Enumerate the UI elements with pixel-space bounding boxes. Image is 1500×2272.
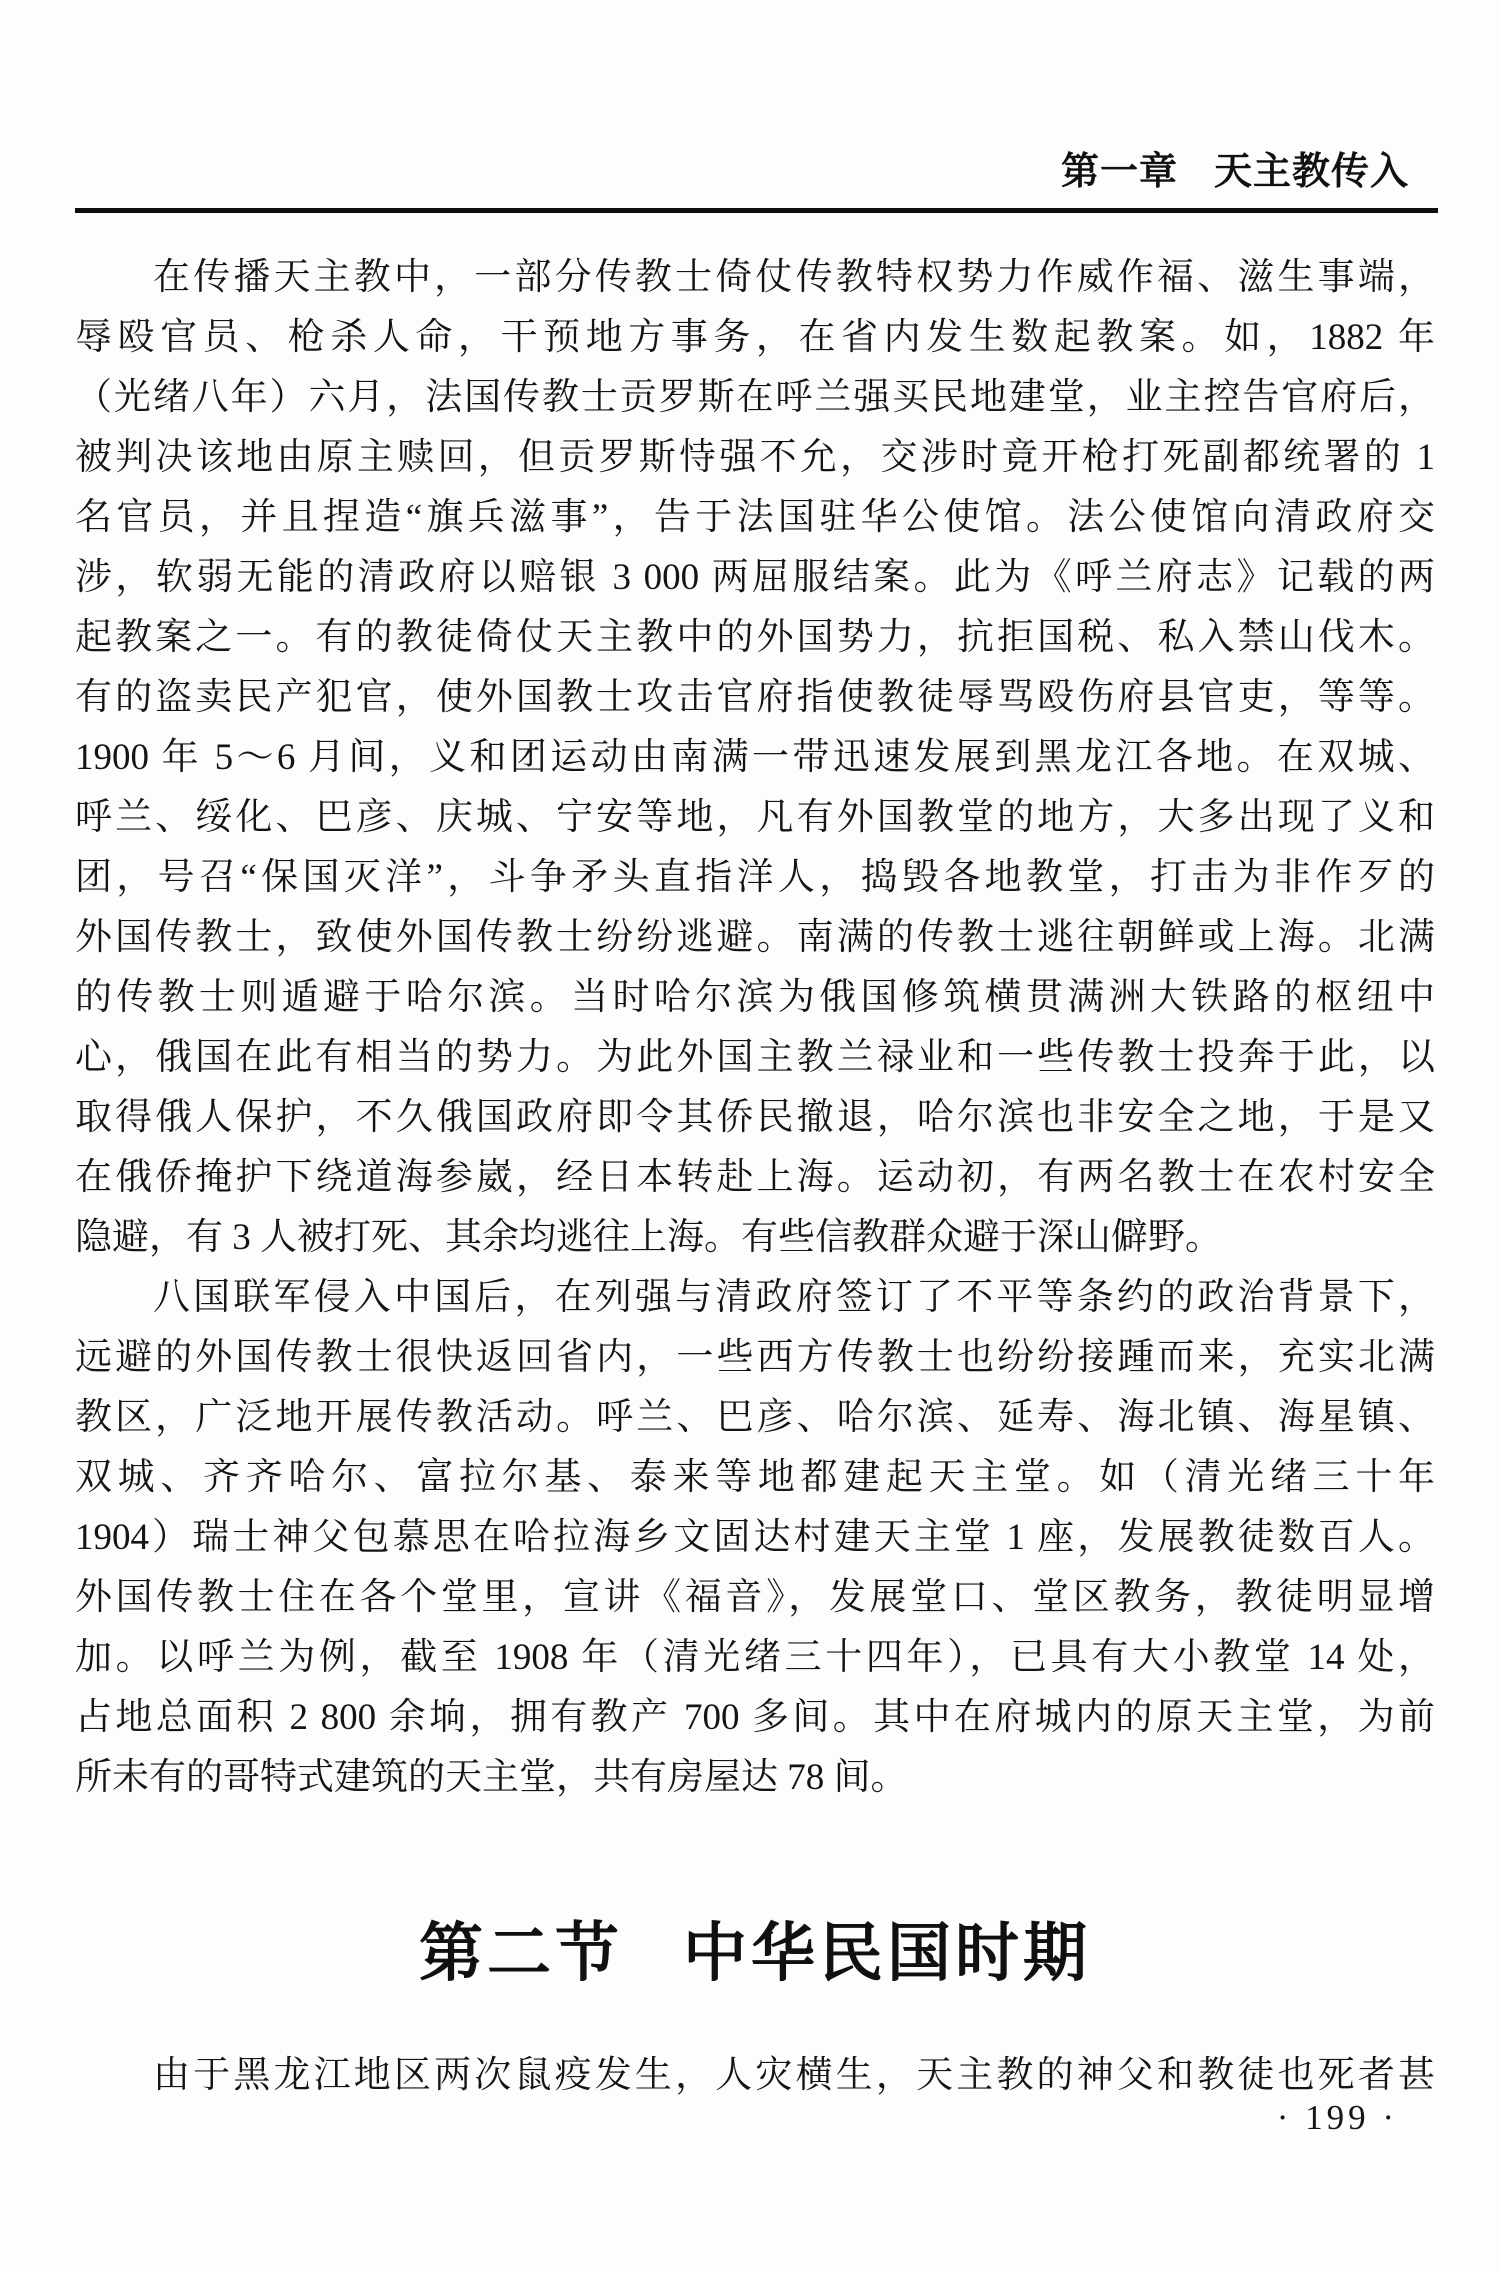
text-line: 远避的外国传教士很快返回省内，一些西方传教士也纷纷接踵而来，充实北满 [75, 1328, 1435, 1388]
book-page: 第一章 天主教传入 在传播天主教中，一部分传教士倚仗传教特权势力作威作福、滋生事… [0, 0, 1500, 2272]
text-line: 占地总面积 2 800 余垧，拥有教产 700 多间。其中在府城内的原天主堂，为… [75, 1688, 1435, 1748]
text-line: 在俄侨掩护下绕道海参崴，经日本转赴上海。运动初，有两名教士在农村安全 [75, 1148, 1435, 1208]
after-section-text: 由于黑龙江地区两次鼠疫发生，人灾横生，天主教的神父和教徒也死者甚 [75, 2046, 1435, 2106]
text-line: 由于黑龙江地区两次鼠疫发生，人灾横生，天主教的神父和教徒也死者甚 [75, 2046, 1435, 2106]
text-line: 团，号召“保国灭洋”，斗争矛头直指洋人，捣毁各地教堂，打击为非作歹的 [75, 848, 1435, 908]
section-title: 中华民国时期 [683, 1916, 1091, 1992]
text-line: 教区，广泛地开展传教活动。呼兰、巴彦、哈尔滨、延寿、海北镇、海星镇、 [75, 1388, 1435, 1448]
text-line: 外国传教士，致使外国传教士纷纷逃避。南满的传教士逃往朝鲜或上海。北满 [75, 908, 1435, 968]
text-line: 辱殴官员、枪杀人命，干预地方事务，在省内发生数起教案。如，1882 年 [75, 308, 1435, 368]
paragraph: 八国联军侵入中国后，在列强与清政府签订了不平等条约的政治背景下，远避的外国传教士… [75, 1268, 1435, 1808]
text-line: 的传教士则遁避于哈尔滨。当时哈尔滨为俄国修筑横贯满洲大铁路的枢纽中 [75, 968, 1435, 1028]
text-line: 加。以呼兰为例，截至 1908 年（清光绪三十四年），已具有大小教堂 14 处， [75, 1628, 1435, 1688]
text-line: 所未有的哥特式建筑的天主堂，共有房屋达 78 间。 [75, 1748, 1435, 1808]
running-header: 第一章 天主教传入 [75, 150, 1435, 194]
text-line: 双城、齐齐哈尔、富拉尔基、泰来等地都建起天主堂。如（清光绪三十年 [75, 1448, 1435, 1508]
text-line: 被判决该地由原主赎回，但贡罗斯恃强不允，交涉时竟开枪打死副都统署的 1 [75, 428, 1435, 488]
text-line: 涉，软弱无能的清政府以赔银 3 000 两屈服结案。此为《呼兰府志》记载的两 [75, 548, 1435, 608]
section-number: 第二节 [419, 1916, 623, 1992]
text-line: 呼兰、绥化、巴彦、庆城、宁安等地，凡有外国教堂的地方，大多出现了义和 [75, 788, 1435, 848]
header-rule [75, 208, 1438, 213]
page-number: · 199 · [1277, 2098, 1398, 2138]
text-line: 1900 年 5～6 月间，义和团运动由南满一带迅速发展到黑龙江各地。在双城、 [75, 728, 1435, 788]
text-line: 外国传教士住在各个堂里，宣讲《福音》，发展堂口、堂区教务，教徒明显增 [75, 1568, 1435, 1628]
text-line: 八国联军侵入中国后，在列强与清政府签订了不平等条约的政治背景下， [75, 1268, 1435, 1328]
text-line: 1904）瑞士神父包慕思在哈拉海乡文固达村建天主堂 1 座，发展教徒数百人。 [75, 1508, 1435, 1568]
text-line: 名官员，并且捏造“旗兵滋事”，告于法国驻华公使馆。法公使馆向清政府交 [75, 488, 1435, 548]
text-line: 起教案之一。有的教徒倚仗天主教中的外国势力，抗拒国税、私入禁山伐木。 [75, 608, 1435, 668]
text-line: 心，俄国在此有相当的势力。为此外国主教兰禄业和一些传教士投奔于此，以 [75, 1028, 1435, 1088]
paragraph: 在传播天主教中，一部分传教士倚仗传教特权势力作威作福、滋生事端，辱殴官员、枪杀人… [75, 248, 1435, 1268]
text-line: 隐避，有 3 人被打死、其余均逃往上海。有些信教群众避于深山僻野。 [75, 1208, 1435, 1268]
text-line: 在传播天主教中，一部分传教士倚仗传教特权势力作威作福、滋生事端， [75, 248, 1435, 308]
main-body-text: 在传播天主教中，一部分传教士倚仗传教特权势力作威作福、滋生事端，辱殴官员、枪杀人… [75, 248, 1435, 1808]
text-line: （光绪八年）六月，法国传教士贡罗斯在呼兰强买民地建堂，业主控告官府后， [75, 368, 1435, 428]
chapter-label: 第一章 [1061, 150, 1178, 194]
paragraph: 由于黑龙江地区两次鼠疫发生，人灾横生，天主教的神父和教徒也死者甚 [75, 2046, 1435, 2106]
text-line: 有的盗卖民产犯官，使外国教士攻击官府指使教徒辱骂殴伤府县官吏，等等。 [75, 668, 1435, 728]
chapter-title: 天主教传入 [1214, 150, 1409, 194]
section-heading: 第二节 中华民国时期 [75, 1916, 1435, 1992]
text-line: 取得俄人保护，不久俄国政府即令其侨民撤退，哈尔滨也非安全之地，于是又 [75, 1088, 1435, 1148]
